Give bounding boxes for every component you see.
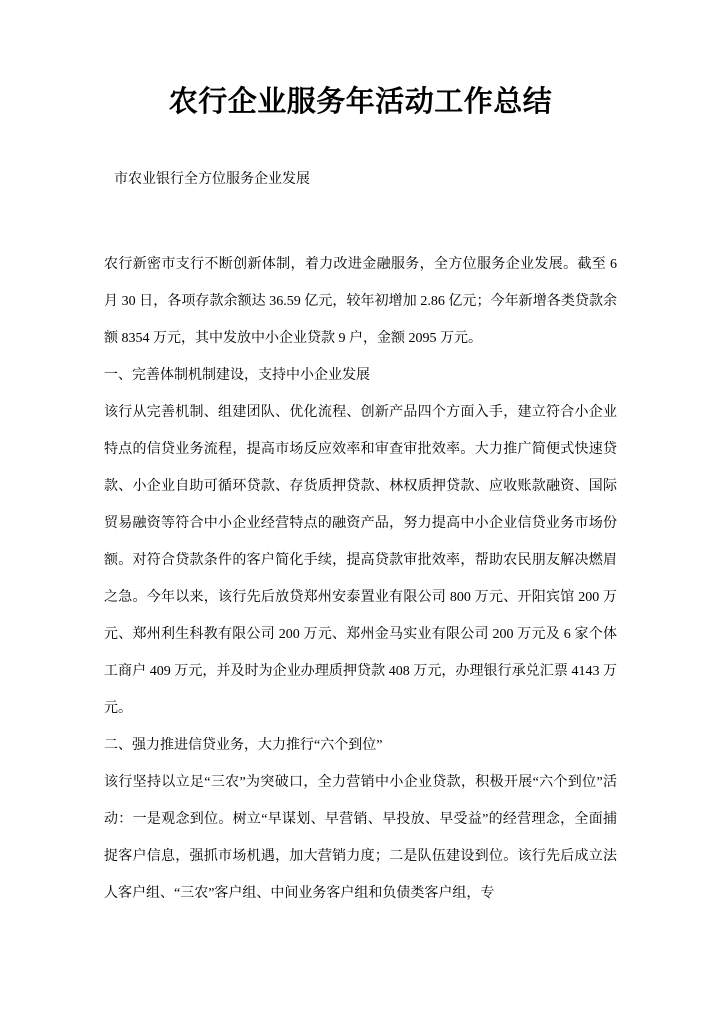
document-page: 农行企业服务年活动工作总结 市农业银行全方位服务企业发展 农行新密市支行不断创新…: [0, 0, 721, 1020]
section-heading: 一、完善体制机制建设，支持中小企业发展: [104, 357, 617, 394]
body-paragraph: 农行新密市支行不断创新体制，着力改进金融服务，全方位服务企业发展。截至 6 月 …: [104, 246, 617, 357]
body-paragraph: 该行从完善机制、组建团队、优化流程、创新产品四个方面入手，建立符合小企业特点的信…: [104, 394, 617, 727]
document-title: 农行企业服务年活动工作总结: [104, 82, 617, 122]
body-paragraph: 该行坚持以立足“三农”为突破口，全力营销中小企业贷款，积极开展“六个到位”活动：…: [104, 764, 617, 912]
document-body: 农行新密市支行不断创新体制，着力改进金融服务，全方位服务企业发展。截至 6 月 …: [104, 246, 617, 912]
section-heading: 二、强力推进信贷业务，大力推行“六个到位”: [104, 727, 617, 764]
document-subtitle: 市农业银行全方位服务企业发展: [104, 168, 617, 192]
